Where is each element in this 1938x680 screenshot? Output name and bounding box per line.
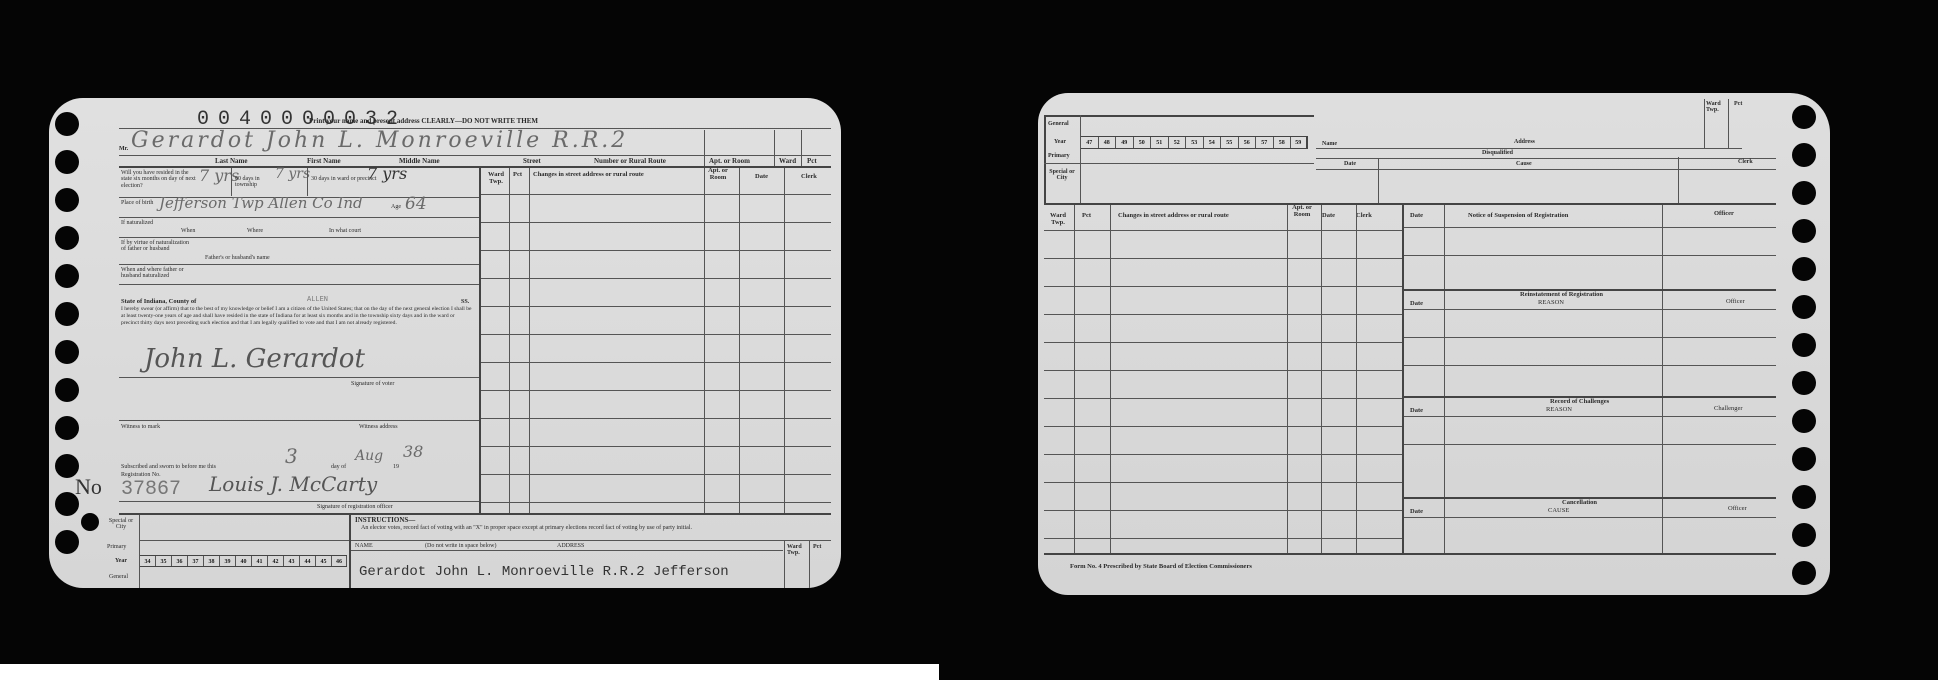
address-label: ADDRESS <box>557 543 584 549</box>
year-cell: 48 <box>1098 137 1116 148</box>
divider <box>119 264 479 265</box>
age-label: Age <box>391 204 401 210</box>
divider <box>1404 309 1776 310</box>
white-strip <box>0 664 939 680</box>
disqualified-label: Disqualified <box>1482 150 1513 156</box>
punch-hole-icon <box>1792 447 1816 471</box>
divider <box>1402 205 1404 553</box>
subscribed-label: Subscribed and sworn to before me this <box>121 464 216 470</box>
table-row <box>1044 230 1402 231</box>
year-cell: 46 <box>331 556 347 566</box>
challenges-reason-label: REASON <box>1546 407 1572 414</box>
address-label: Address <box>1514 139 1535 145</box>
year-cell: 56 <box>1238 137 1256 148</box>
month-value: Aug <box>355 448 383 464</box>
divider <box>1704 99 1705 149</box>
challenges-title: Record of Challenges <box>1550 399 1609 406</box>
if-naturalized-label: If naturalized <box>121 220 161 226</box>
row-primary: Primary <box>107 544 126 550</box>
where-label: Where <box>247 228 263 234</box>
year-cell: 54 <box>1203 137 1221 148</box>
punch-hole-icon <box>55 112 79 136</box>
challenger-label: Challenger <box>1714 406 1743 413</box>
year-cell: 39 <box>219 556 235 566</box>
by-virtue-label: If by virtue of naturalization of father… <box>121 240 193 253</box>
col-date: Date <box>755 174 768 181</box>
year-cell: 57 <box>1255 137 1273 148</box>
punch-hole-icon <box>55 340 79 364</box>
divider <box>1316 158 1776 159</box>
col-pct: Pct <box>1082 213 1091 220</box>
row-special-city: Special or City <box>1048 169 1076 182</box>
cancellation-date-label: Date <box>1410 509 1423 516</box>
punch-hole-icon <box>1792 485 1816 509</box>
header-instruction: Print your name and present address CLEA… <box>309 118 538 125</box>
year-cell: 59 <box>1290 137 1308 148</box>
row-year: Year <box>1054 139 1066 145</box>
court-label: In what court <box>329 228 361 234</box>
year-cell: 51 <box>1150 137 1168 148</box>
first-name-label: First Name <box>307 158 341 165</box>
punch-hole-icon <box>1792 143 1816 167</box>
table-row <box>481 222 831 223</box>
col-ward-twp: Ward Twp. <box>1046 213 1070 227</box>
reinstatement-reason-label: REASON <box>1538 300 1564 307</box>
township-value: 7 yrs <box>275 166 310 182</box>
instructions-text: An elector votes, record fact of voting … <box>361 525 821 532</box>
reinstatement-title: Reinstatement of Registration <box>1520 292 1603 299</box>
day-of-label: day of <box>331 464 346 470</box>
oath-text: I hereby swear (or affirm) that to the b… <box>121 306 473 327</box>
street-label: Street <box>523 158 541 165</box>
table-row <box>481 390 831 391</box>
table-row <box>1044 482 1402 483</box>
divider <box>119 420 479 421</box>
voter-signature-label: Signature of voter <box>351 381 394 387</box>
year-cell: 47 <box>1080 137 1098 148</box>
divider <box>119 155 831 156</box>
punch-hole-icon <box>55 264 79 288</box>
do-not-write-label: (Do not write in space below) <box>425 543 496 549</box>
divider <box>119 377 479 378</box>
birth-place-label: Place of birth <box>121 200 153 206</box>
officer-label: Signature of registration officer <box>317 504 393 510</box>
divider <box>1444 205 1445 553</box>
table-row <box>1044 426 1402 427</box>
divider <box>704 168 705 514</box>
row-general: General <box>1048 121 1069 127</box>
divider <box>1404 255 1776 256</box>
divider <box>1316 148 1742 149</box>
punch-hole-icon <box>1792 105 1816 129</box>
name-label: Name <box>1322 141 1337 147</box>
divider <box>509 168 510 514</box>
when-where-label: When and where father or husband natural… <box>121 267 201 280</box>
punch-hole-icon <box>1792 295 1816 319</box>
divider <box>351 540 831 541</box>
year-row: 34 35 36 37 38 39 40 41 42 43 44 45 46 <box>139 555 347 567</box>
punch-hole-icon <box>1792 409 1816 433</box>
table-row <box>481 418 831 419</box>
year-cell: 52 <box>1168 137 1186 148</box>
punch-hole-icon <box>55 530 79 554</box>
col-ward-twp: Ward Twp. <box>483 172 509 186</box>
ward-label: Ward <box>779 158 796 165</box>
divider <box>1044 203 1776 205</box>
year-cell: 35 <box>155 556 171 566</box>
row-special-city: Special or City <box>107 518 135 531</box>
divider <box>1316 169 1776 170</box>
divider <box>1404 227 1776 228</box>
divider <box>1044 115 1046 203</box>
divider <box>119 217 479 218</box>
ward-twp-label: Ward Twp. <box>787 544 807 557</box>
day-value: 3 <box>285 444 298 468</box>
cancellation-cause-label: CAUSE <box>1548 508 1569 515</box>
punch-hole-icon <box>1792 181 1816 205</box>
divider <box>139 540 349 541</box>
divider <box>1404 444 1776 445</box>
divider <box>119 284 479 285</box>
divider <box>784 540 785 588</box>
col-apt: Apt. or Room <box>1290 205 1314 219</box>
table-row <box>1044 342 1402 343</box>
table-row <box>481 362 831 363</box>
number-label: Number or Rural Route <box>594 158 666 165</box>
divider <box>529 168 530 514</box>
divider <box>809 540 810 588</box>
punch-hole-icon <box>1792 333 1816 357</box>
ward-twp-label: Ward Twp. <box>1706 101 1726 114</box>
name-label: NAME <box>355 543 373 549</box>
divider <box>1404 416 1776 417</box>
col-clerk: Clerk <box>1356 213 1372 220</box>
table-row <box>481 446 831 447</box>
table-row <box>1044 314 1402 315</box>
apt-label: Apt. or Room <box>709 158 750 165</box>
suspension-title: Notice of Suspension of Registration <box>1468 213 1568 220</box>
county-value: ALLEN <box>307 296 328 304</box>
voter-registration-card-back: General Year Primary Special or City 47 … <box>1038 93 1830 595</box>
age-value: 64 <box>405 194 427 214</box>
registration-number: 37867 <box>121 478 181 501</box>
suspension-officer-label: Officer <box>1714 211 1734 218</box>
col-apt: Apt. or Room <box>707 168 729 182</box>
form-footer: Form No. 4 Prescribed by State Board of … <box>1070 563 1252 570</box>
year-cell: 36 <box>171 556 187 566</box>
residence-question: Will you have resided in the state six m… <box>121 170 201 189</box>
divider <box>1728 99 1729 149</box>
divider <box>739 168 740 514</box>
col-changes: Changes in street address or rural route <box>533 172 644 179</box>
year-cell: 44 <box>299 556 315 566</box>
col-clerk: Clerk <box>801 174 817 181</box>
divider <box>119 513 831 515</box>
punch-hole-icon <box>55 150 79 174</box>
divider <box>307 168 308 196</box>
year-cell: 40 <box>235 556 251 566</box>
reinstatement-officer-label: Officer <box>1726 299 1745 306</box>
row-primary: Primary <box>1048 153 1070 159</box>
handwritten-name: Gerardot John L. Monroeville R.R.2 <box>131 128 628 153</box>
punch-hole-icon <box>1792 257 1816 281</box>
date-label: Date <box>1344 161 1356 167</box>
divider <box>1044 553 1776 555</box>
punch-hole-icon <box>55 378 79 402</box>
divider <box>704 130 705 166</box>
table-row <box>481 194 831 195</box>
divider <box>119 237 479 238</box>
punch-hole-icon <box>1792 219 1816 243</box>
divider <box>774 130 775 166</box>
year-cell: 45 <box>315 556 331 566</box>
table-row <box>481 306 831 307</box>
year-cell: 38 <box>203 556 219 566</box>
officer-signature: Louis J. McCarty <box>209 472 377 496</box>
challenges-date-label: Date <box>1410 408 1423 415</box>
col-changes: Changes in street address or rural route <box>1118 213 1229 220</box>
col-date: Date <box>1322 213 1335 220</box>
divider <box>1404 365 1776 366</box>
voter-registration-card-front: 0040000032 Print your name and present a… <box>49 98 841 588</box>
year-cell: 34 <box>139 556 155 566</box>
cancellation-officer-label: Officer <box>1728 506 1747 513</box>
ss-label: SS. <box>461 299 469 305</box>
voter-signature: John L. Gerardot <box>144 344 365 374</box>
punch-hole-icon <box>55 188 79 212</box>
row-year: Year <box>115 558 127 564</box>
table-row <box>1044 454 1402 455</box>
township-label: 60 days in township <box>235 176 275 189</box>
table-row <box>481 334 831 335</box>
residence-answer: 7 yrs <box>199 166 239 185</box>
divider <box>349 515 351 588</box>
typed-name-address: Gerardot John L. Monroeville R.R.2 Jeffe… <box>359 564 729 580</box>
divider <box>784 168 785 514</box>
year-row: 47 48 49 50 51 52 53 54 55 56 57 58 59 <box>1080 136 1308 149</box>
table-row <box>1044 398 1402 399</box>
year-cell: 37 <box>187 556 203 566</box>
punch-hole-icon <box>55 302 79 326</box>
divider <box>801 130 802 166</box>
divider <box>119 501 479 502</box>
year-cell: 50 <box>1133 137 1151 148</box>
divider <box>1378 159 1379 203</box>
divider <box>351 550 783 551</box>
punch-hole-icon <box>1792 523 1816 547</box>
punch-hole-icon <box>1792 561 1816 585</box>
year-prefix: 19 <box>393 464 399 470</box>
col-pct: Pct <box>513 172 522 179</box>
punch-hole-icon <box>55 416 79 440</box>
no-mark: No <box>75 474 102 500</box>
divider <box>1404 337 1776 338</box>
divider <box>1044 115 1314 117</box>
witness-address-label: Witness address <box>359 424 398 430</box>
pct-label-bottom: Pct <box>813 544 821 550</box>
divider <box>479 168 481 514</box>
year-cell: 55 <box>1220 137 1238 148</box>
table-row <box>1044 510 1402 511</box>
cause-label: Cause <box>1516 161 1532 167</box>
clerk-label: Clerk <box>1738 159 1753 165</box>
divider <box>1080 115 1081 203</box>
year-cell: 41 <box>251 556 267 566</box>
row-general: General <box>109 574 128 580</box>
instructions-title: INSTRUCTIONS— <box>355 517 415 524</box>
punch-hole-icon <box>81 513 99 531</box>
suspension-date-label: Date <box>1410 213 1423 220</box>
year-value: 38 <box>403 442 423 461</box>
last-name-label: Last Name <box>215 158 247 165</box>
ward-days-value: 7 yrs <box>367 164 407 183</box>
year-cell: 42 <box>267 556 283 566</box>
table-row <box>481 250 831 251</box>
year-cell: 53 <box>1185 137 1203 148</box>
when-label: When <box>181 228 195 234</box>
divider <box>1662 205 1663 553</box>
table-row <box>481 278 831 279</box>
table-row <box>1044 370 1402 371</box>
state-county-label: State of Indiana, County of <box>121 299 196 306</box>
year-cell: 58 <box>1273 137 1291 148</box>
year-cell: 43 <box>283 556 299 566</box>
punch-hole-icon <box>55 226 79 250</box>
name-prefix: Mr. <box>119 146 128 152</box>
punch-hole-icon <box>1792 371 1816 395</box>
witness-mark-label: Witness to mark <box>121 424 160 430</box>
year-cell: 49 <box>1115 137 1133 148</box>
divider <box>1404 517 1776 518</box>
table-row <box>481 474 831 475</box>
cancellation-title: Cancellation <box>1562 500 1597 507</box>
table-row <box>1044 258 1402 259</box>
birth-place-value: Jefferson Twp Allen Co Ind <box>159 194 363 212</box>
divider <box>139 515 140 588</box>
divider <box>231 168 232 196</box>
pct-label: Pct <box>807 158 817 165</box>
divider <box>1044 163 1314 164</box>
pct-label: Pct <box>1734 101 1742 107</box>
table-row <box>481 502 831 503</box>
divider <box>1678 157 1679 203</box>
table-row <box>1044 538 1402 539</box>
father-name-label: Father's or husband's name <box>205 255 270 261</box>
reinstatement-date-label: Date <box>1410 301 1423 308</box>
table-row <box>1044 286 1402 287</box>
